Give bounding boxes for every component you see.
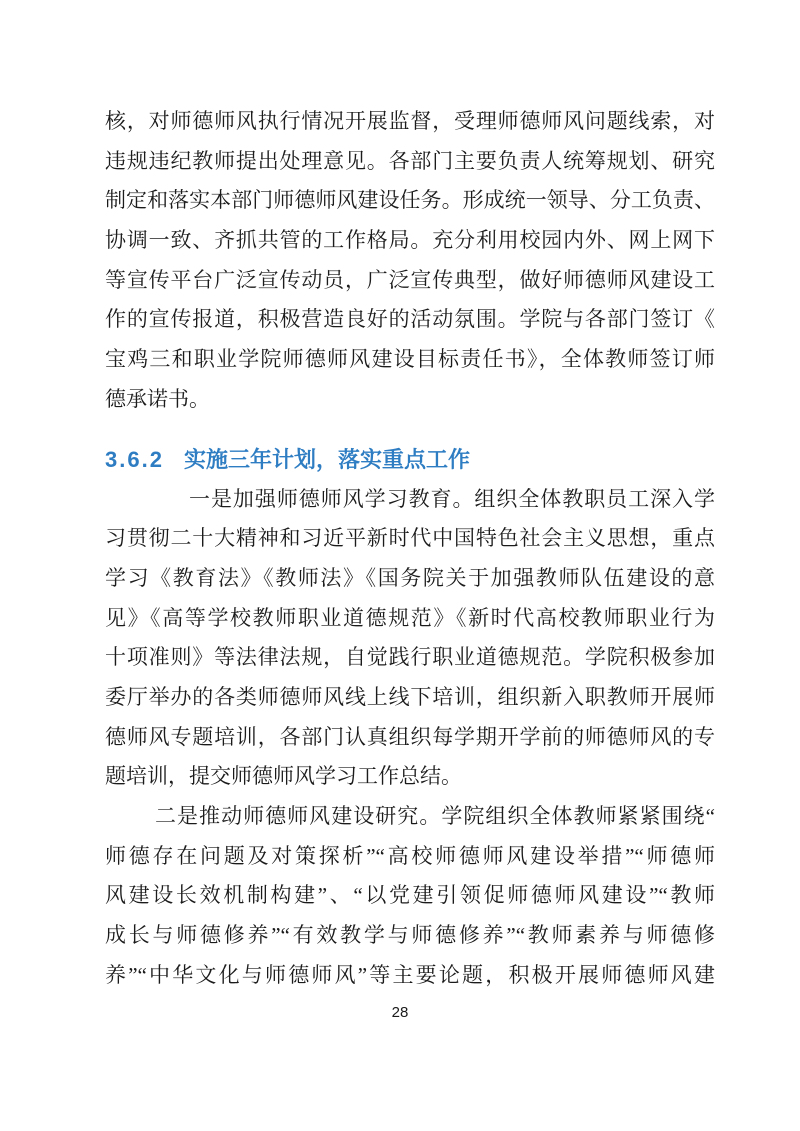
text-line: 德师风专题培训，各部门认真组织每学期开学前的师德师风的专 (105, 718, 715, 758)
text-line: 违规违纪教师提出处理意见。各部门主要负责人统筹规划、研究 (105, 142, 715, 182)
text-line: 德承诺书。 (105, 380, 715, 420)
text-line: 委厅举办的各类师德师风线上线下培训，组织新入职教师开展师 (105, 678, 715, 718)
page-number: 28 (0, 1002, 800, 1024)
text-line: 学习《教育法》《教师法》《国务院关于加强教师队伍建设的意 (105, 559, 715, 599)
text-line: 习贯彻二十大精神和习近平新时代中国特色社会主义思想，重点 (105, 519, 715, 559)
text-line: 题培训，提交师德师风学习工作总结。 (105, 757, 715, 797)
text-line: 十项准则》等法律法规，自觉践行职业道德规范。学院积极参加 (105, 638, 715, 678)
text-line: 养”“中华文化与师德师风”等主要论题，积极开展师德师风建 (105, 956, 715, 996)
text-line: 见》《高等学校教师职业道德规范》《新时代高校教师职业行为 (105, 599, 715, 639)
text-line: 核，对师德师风执行情况开展监督，受理师德师风问题线索，对 (105, 102, 715, 142)
text-line: 一是加强师德师风学习教育。组织全体教职员工深入学 (105, 480, 715, 520)
text-line: 协调一致、齐抓共管的工作格局。充分利用校园内外、网上网下 (105, 221, 715, 261)
page-content: 核，对师德师风执行情况开展监督，受理师德师风问题线索，对 违规违纪教师提出处理意… (105, 102, 715, 995)
text-line: 二是推动师德师风建设研究。学院组织全体教师紧紧围绕“ (105, 797, 715, 837)
section-heading: 3.6.2实施三年计划，落实重点工作 (105, 440, 715, 480)
text-line: 作的宣传报道，积极营造良好的活动氛围。学院与各部门签订《 (105, 300, 715, 340)
text-line: 宝鸡三和职业学院师德师风建设目标责任书》，全体教师签订师 (105, 340, 715, 380)
section-title: 实施三年计划，落实重点工作 (184, 447, 470, 472)
section-number: 3.6.2 (105, 447, 164, 472)
text-line: 风建设长效机制构建”、“以党建引领促师德师风建设”“教师 (105, 876, 715, 916)
paragraph-3: 二是推动师德师风建设研究。学院组织全体教师紧紧围绕“ 师德存在问题及对策探析”“… (105, 797, 715, 995)
paragraph-1: 核，对师德师风执行情况开展监督，受理师德师风问题线索，对 违规违纪教师提出处理意… (105, 102, 715, 420)
text-line: 制定和落实本部门师德师风建设任务。形成统一领导、分工负责、 (105, 181, 715, 221)
paragraph-2: 一是加强师德师风学习教育。组织全体教职员工深入学 习贯彻二十大精神和习近平新时代… (105, 480, 715, 798)
text-line: 成长与师德修养”“有效教学与师德修养”“教师素养与师德修 (105, 916, 715, 956)
document-page: 核，对师德师风执行情况开展监督，受理师德师风问题线索，对 违规违纪教师提出处理意… (0, 0, 800, 1131)
text-line: 等宣传平台广泛宣传动员，广泛宣传典型，做好师德师风建设工 (105, 261, 715, 301)
text-line: 师德存在问题及对策探析”“高校师德师风建设举措”“师德师 (105, 837, 715, 877)
